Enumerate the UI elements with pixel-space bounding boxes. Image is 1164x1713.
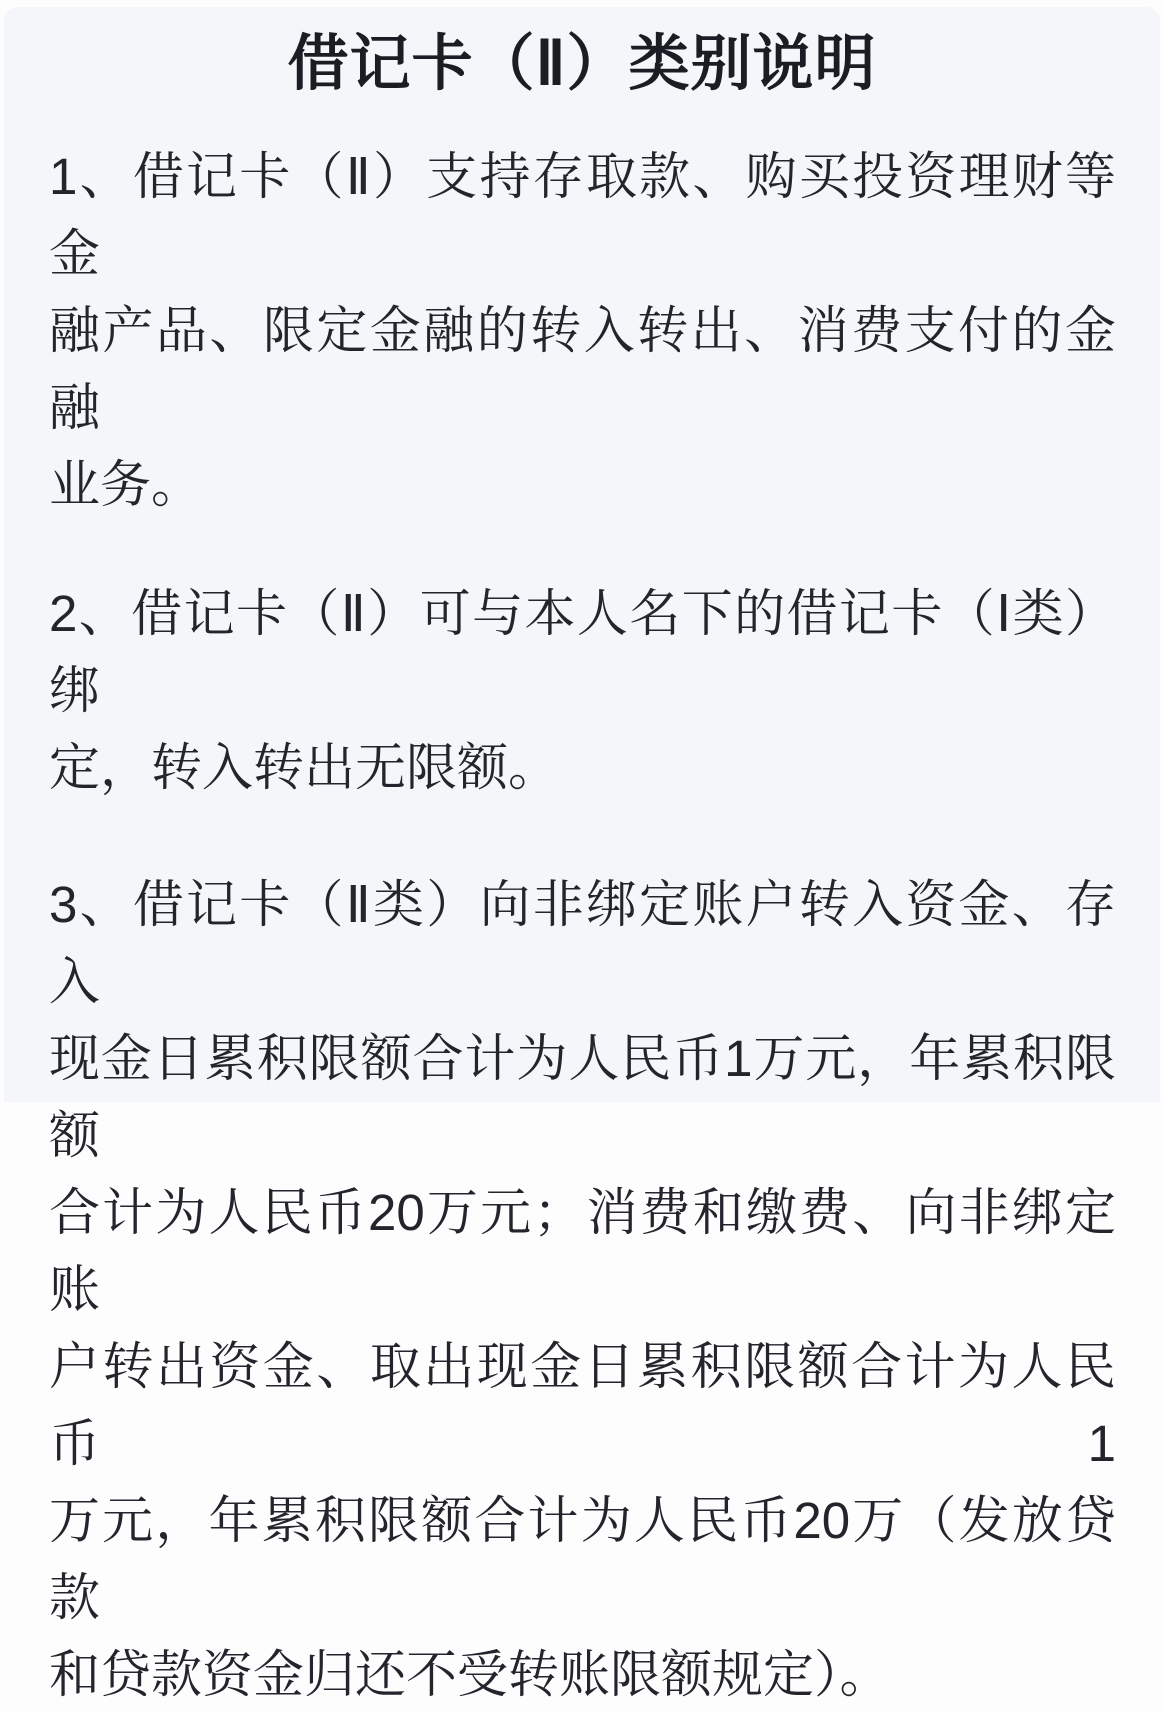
text-line: 3、借记卡（Ⅱ类）向非绑定账户转入资金、存入	[49, 866, 1116, 1020]
text-line: 1、借记卡（Ⅱ）支持存取款、购买投资理财等金	[49, 138, 1116, 292]
text-line: 现金日累积限额合计为人民币1万元，年累积限额	[49, 1020, 1116, 1102]
notice-panel: 借记卡（Ⅱ）类别说明 1、借记卡（Ⅱ）支持存取款、购买投资理财等金 融产品、限定…	[4, 7, 1160, 1102]
page-title: 借记卡（Ⅱ）类别说明	[4, 29, 1160, 97]
text-line: 业务。	[49, 446, 1116, 523]
text-line: 定，转入转出无限额。	[49, 729, 1116, 806]
text-line: 2、借记卡（Ⅱ）可与本人名下的借记卡（Ⅰ类）绑	[49, 575, 1116, 729]
paragraph-2: 2、借记卡（Ⅱ）可与本人名下的借记卡（Ⅰ类）绑 定，转入转出无限额。	[49, 575, 1116, 806]
paragraph-3: 3、借记卡（Ⅱ类）向非绑定账户转入资金、存入 现金日累积限额合计为人民币1万元，…	[49, 866, 1116, 1102]
document-body: 1、借记卡（Ⅱ）支持存取款、购买投资理财等金 融产品、限定金融的转入转出、消费支…	[4, 138, 1160, 1102]
paragraph-1: 1、借记卡（Ⅱ）支持存取款、购买投资理财等金 融产品、限定金融的转入转出、消费支…	[49, 138, 1116, 523]
text-line: 融产品、限定金融的转入转出、消费支付的金融	[49, 292, 1116, 446]
